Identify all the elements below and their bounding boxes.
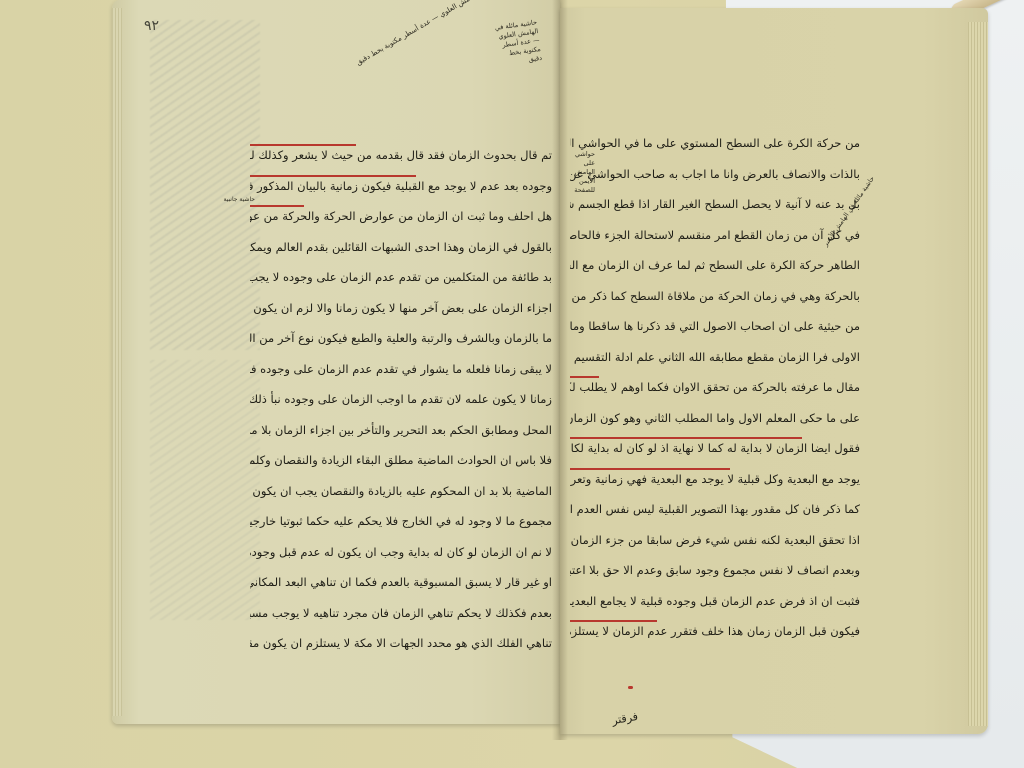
text-line: مجموع ما لا وجود له في الخارج فلا يحكم ع… (250, 506, 552, 537)
text-line: بل بد عنه لا آنية لا يحصل السطح الغير ال… (570, 189, 860, 220)
folio-number: ٩٢ (144, 18, 159, 34)
text-line: ما بالزمان وبالشرف والرتبة والعلية والطب… (250, 323, 552, 354)
text-line: فثبت ان اذ فرض عدم الزمان قبل وجوده قبلي… (570, 586, 860, 617)
text-line: الطاهر حركة الكرة على السطح ثم لما عرف ا… (570, 250, 860, 281)
text-line: من حيثية على ان اصحاب الاصول التي قد ذكر… (570, 311, 860, 342)
text-line: اجزاء الزمان على بعض آخر منها لا يكون زم… (250, 293, 552, 324)
text-line: زمانا لا يكون علمه لان تقدم ما اوجب الزم… (250, 384, 552, 415)
left-page-text: تم قال بحدوث الزمان فقد قال بقدمه من حيث… (250, 140, 552, 659)
text-line: بعدم فكذلك لا يحكم تناهي الزمان فان مجرد… (250, 598, 552, 629)
right-page-text: من حركة الكرة على السطح المستوي على ما ف… (570, 128, 860, 647)
text-line: كما ذكر فان كل مقدور بهذا التصوير القبلي… (570, 494, 860, 525)
bleed-through-text-lower (150, 360, 260, 620)
text-line: مقال ما عرفته بالحركة من تحقق الاوان فكم… (570, 372, 860, 403)
text-line: لا يبقى زمانا فلعله ما يشوار في تقدم عدم… (250, 354, 552, 385)
text-line: فلا باس ان الحوادث الماضية مطلق البقاء ا… (250, 445, 552, 476)
text-line: الماضية بلا بد ان المحكوم عليه بالزيادة … (250, 476, 552, 507)
text-line: بالقول في الزمان وهذا احدى الشبهات القائ… (250, 232, 552, 263)
text-line: في كل آن من زمان القطع امر منقسم لاستحال… (570, 220, 860, 251)
text-line: على ما حكى المعلم الاول واما المطلب الثا… (570, 403, 860, 434)
text-line: فيكون قبل الزمان زمان هذا خلف فتقرر عدم … (570, 616, 860, 647)
text-line: هل احلف وما ثبت ان الزمان من عوارض الحرك… (250, 201, 552, 232)
text-line: اذا تحقق البعدية لكنه نفس شيء فرض سابقا … (570, 525, 860, 556)
left-page-side-gloss: حاشية جانبية (215, 195, 255, 245)
text-line: الاولى فرا الزمان مقطع مطابقه الله الثان… (570, 342, 860, 373)
text-line: تناهي الفلك الذي هو محدد الجهات الا مكة … (250, 628, 552, 659)
text-line: فقول ايضا الزمان لا بداية له كما لا نهاي… (570, 433, 860, 464)
text-line: تم قال بحدوث الزمان فقد قال بقدمه من حيث… (250, 140, 552, 171)
text-line: بالذات والانصاف بالعرض وانا ما اجاب به ص… (570, 159, 860, 190)
text-line: بد طائفة من المتكلمين من تقدم عدم الزمان… (250, 262, 552, 293)
red-ink-mark (628, 686, 633, 689)
text-line: بالحركة وهي في زمان الحركة من ملاقاة الس… (570, 281, 860, 312)
text-line: المحل ومطابق الحكم بعد التحرير والتأخر ب… (250, 415, 552, 446)
text-line: وجوده بعد عدم لا يوجد مع القبلية فيكون ز… (250, 171, 552, 202)
bleed-through-text (150, 20, 260, 350)
text-line: او غير قار لا يسبق المسبوقية بالعدم فكما… (250, 567, 552, 598)
text-line: وبعدم انصاف لا نفس مجموع وجود سابق وعدم … (570, 555, 860, 586)
text-line: من حركة الكرة على السطح المستوي على ما ف… (570, 128, 860, 159)
text-line: لا نم ان الزمان لو كان له بداية وجب ان ي… (250, 537, 552, 568)
text-line: يوجد مع البعدية وكل قبلية لا يوجد مع الب… (570, 464, 860, 495)
